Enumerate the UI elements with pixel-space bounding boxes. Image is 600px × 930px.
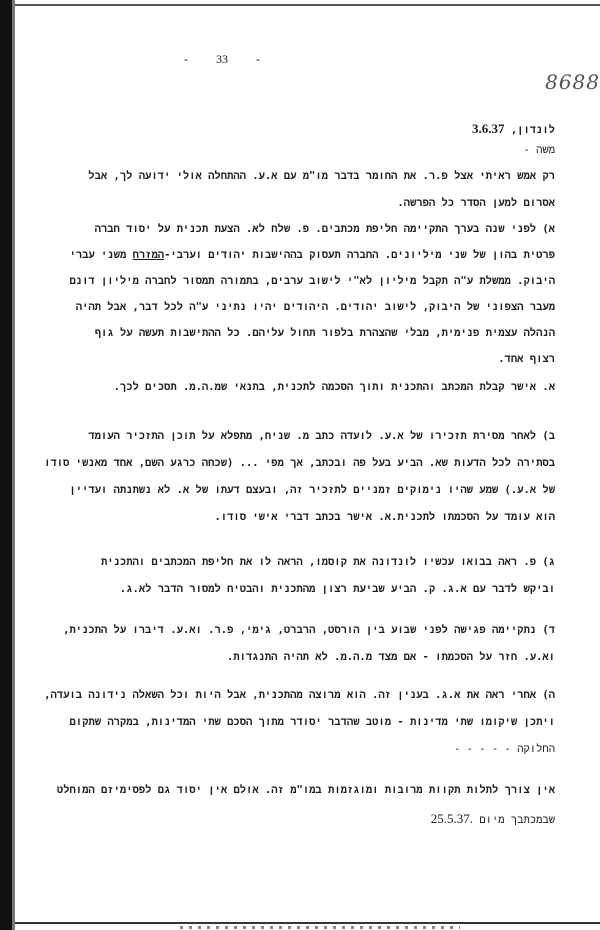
section-b-line-4: הוא עומד על הסכמתו לתכנית.א. אישר בכתב ד… (214, 511, 555, 524)
closing-date: .25.5.37 (431, 811, 473, 826)
section-d-line-1: ד) נתקיימה פגישה לפני שבוע בין הורסט, הר… (63, 624, 555, 637)
scan-left-border (0, 0, 12, 930)
section-h-line-3: החלוקה - - - - - (454, 743, 555, 756)
intro-line-2: אסרום למען הסדר כל הפרשה. (397, 197, 555, 210)
date: 3.6.37 (472, 121, 505, 136)
section-h-line-1: ה) אחרי ראה את א.ג. בענין זה. הוא מרוצה … (44, 689, 555, 702)
intro-line-1: רק אמש ראיתי אצל פ.ר. את החומר בדבר מו"מ… (88, 170, 555, 183)
section-a-line-1: א) לפני שנה בערך התקיימה חליפת מכתבים. פ… (95, 223, 555, 236)
section-g-line-2: וביקש לדבר עם א.ג. ק. הביע שביעת רצון מה… (120, 583, 555, 596)
section-a-line-4: מעבר הצפוני של היבוק, לישוב יהודים. היהו… (76, 301, 555, 314)
text: משני עברי (70, 249, 133, 261)
section-b-line-2: בסתירה לכל הדעות שא. הביע בעל פה ובכתב, … (44, 457, 555, 470)
scan-left-edge (12, 0, 15, 930)
text: שבמכתבך מיום (479, 814, 555, 826)
closing-line-2: שבמכתבך מיום .25.5.37 (431, 811, 555, 827)
section-b-line-1: ב) לאחר מסירת תזכירו של א.ע. לועדה כתב מ… (88, 430, 555, 443)
letter-body: לונדון, 3.6.37 משה - רק אמש ראיתי אצל פ.… (40, 0, 555, 930)
section-d-line-2: וא.ע. חזר על הסכמתו - אם מצד מ.ה.מ. לא ת… (227, 651, 555, 664)
section-h-line-2: ויתכן שיקומו שתי מדינות - מוטב שהדבר יסו… (70, 716, 556, 729)
section-b-line-3: של א.ע.) שמע שהיו נימוקים זמניים לתזכיר … (69, 484, 555, 497)
place-date-line: לונדון, 3.6.37 (472, 121, 555, 137)
text: פרטית בהון של שני מיליונים. החברה תעסוק … (164, 249, 555, 261)
section-g-line-1: ג) פ. ראה בבואו עכשיו לונדונה את קוסמו, … (101, 556, 555, 569)
section-a-line-5: הנהלה עצמית פנימית, מבלי שהצהרת בלפור תח… (95, 327, 555, 340)
underlined-word: המזרח (133, 249, 165, 261)
section-a-line-6: רצוף אחד. (498, 353, 555, 366)
section-a-line-2: פרטית בהון של שני מיליונים. החברה תעסוק … (70, 249, 555, 262)
place: לונדון, (511, 124, 555, 136)
closing-line-1: אין צורך לתלות תקוות מרובות ומוגזמות במו… (57, 784, 555, 797)
section-a-line-3: היבוק. ממשלת ע"ה תקבל מיליון לא"י לישוב … (69, 275, 555, 288)
addressee: משה - (523, 144, 555, 157)
section-a-note: א. אישר קבלת המכתב והתכנית ותוך הסכמה לת… (114, 381, 555, 394)
